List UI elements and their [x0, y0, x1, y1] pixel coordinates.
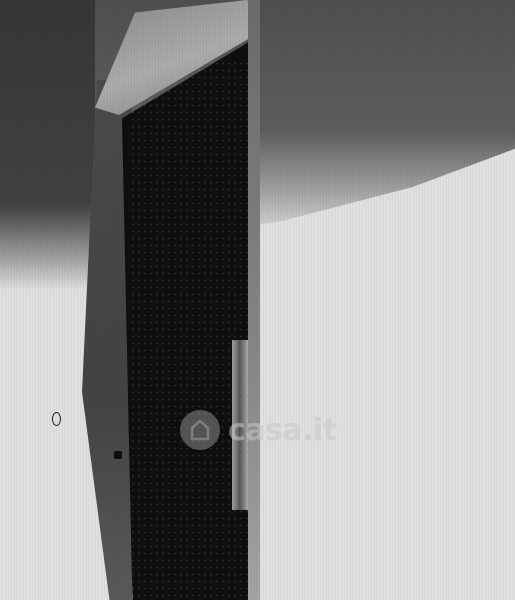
house-icon: [180, 410, 220, 450]
photo: casa.it: [0, 0, 515, 600]
watermark-text: casa.it: [228, 413, 337, 448]
photocopy-grain: [0, 0, 515, 600]
watermark: casa.it: [180, 408, 337, 452]
